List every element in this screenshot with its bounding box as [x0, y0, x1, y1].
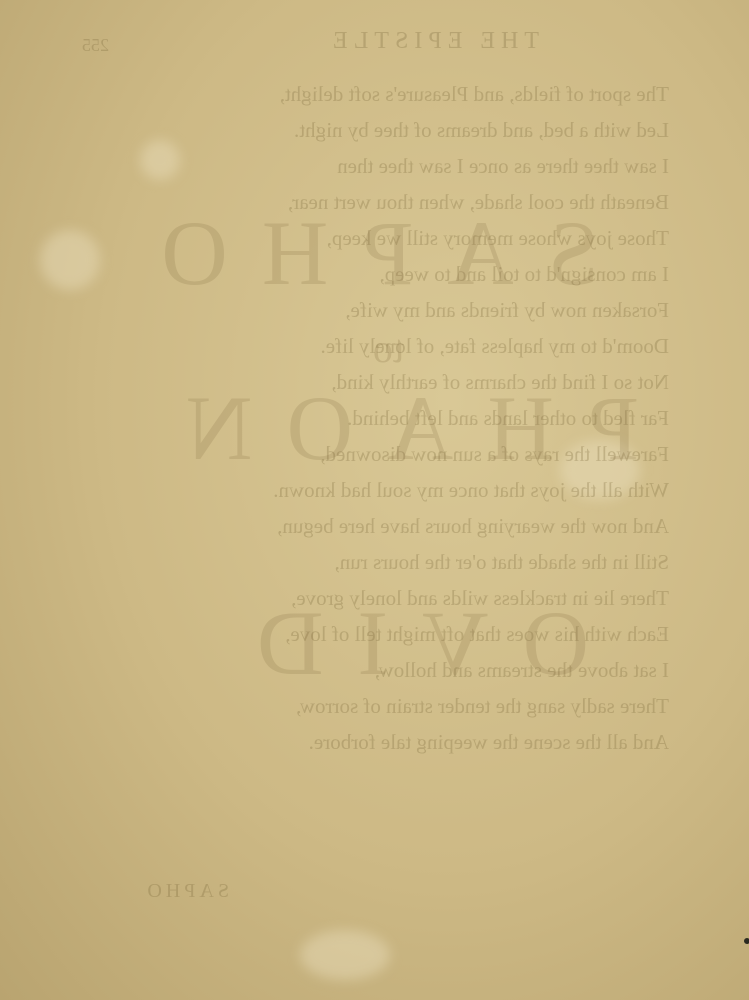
text-line: Still in the shade that o'er the hours r… — [335, 550, 669, 575]
running-header: THE EPISTLE — [327, 28, 539, 55]
text-line: I saw thee there as once I saw thee then — [337, 154, 669, 179]
catchword: SAPHO — [143, 880, 229, 903]
scan-speck — [744, 938, 749, 944]
title-to: to — [373, 325, 404, 372]
bleed-through-text: THE EPISTLE 255 The sport of fields, and… — [0, 0, 749, 1000]
text-line: With all the joys that once my soul had … — [273, 478, 669, 503]
text-line: There sadly sang the tender strain of so… — [296, 694, 669, 719]
page-number: 255 — [82, 35, 109, 56]
text-line: The sport of fields, and Pleasure's soft… — [280, 82, 669, 107]
text-line: Led with a bed, and dreams of thee by ni… — [294, 118, 669, 143]
title-ovid: OVID — [223, 590, 589, 696]
text-line: And all the scene the weeping tale forbo… — [309, 730, 669, 755]
scanned-page: THE EPISTLE 255 The sport of fields, and… — [0, 0, 749, 1000]
title-phaon: PHAON — [152, 375, 639, 481]
text-line: And now the wearying hours have here beg… — [277, 514, 669, 539]
title-sapho: SAPHO — [127, 200, 599, 306]
